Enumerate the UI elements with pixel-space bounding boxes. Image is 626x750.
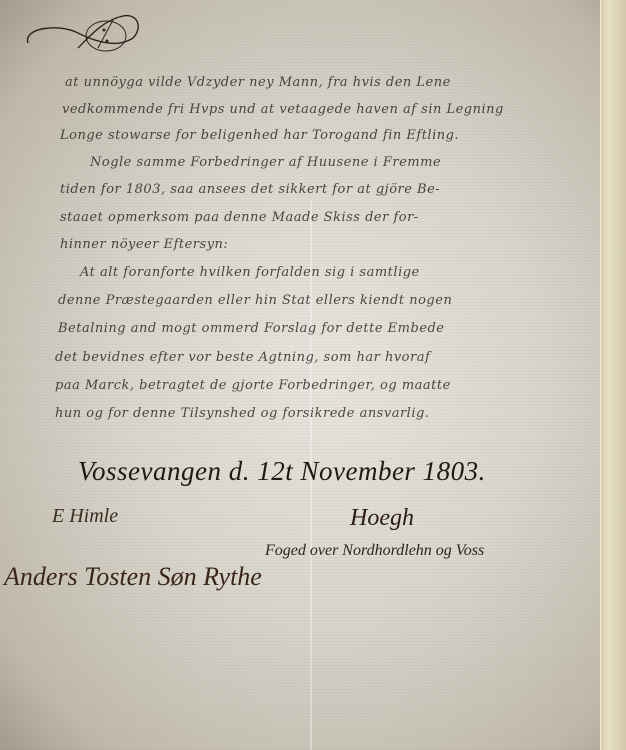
signature-anders: Anders Tosten Søn Rythe [4,562,262,592]
letter-page: at unnöyga vilde Vdzyder ney Mann, fra h… [0,0,600,750]
body-line: hun og for denne Tilsynshed og forsikred… [55,406,429,421]
body-line: hinner nöyeer Eftersyn: [60,237,228,252]
body-line: denne Præstegaarden eller hin Stat eller… [58,293,452,308]
body-line: At alt foranforte hvilken forfalden sig … [80,265,420,280]
ornamental-flourish-icon [18,8,148,58]
body-line: at unnöyga vilde Vdzyder ney Mann, fra h… [65,75,451,90]
paper-fold [310,200,312,750]
body-line: Longe stowarse for beligenhed har Toroga… [60,128,459,143]
body-line: paa Marck, betragtet de gjorte Forbedrin… [55,378,451,393]
official-title: Foged over Nordhordlehn og Voss [265,542,484,560]
body-line: det bevidnes efter vor beste Agtning, so… [55,350,430,365]
dateline: Vossevangen d. 12t November 1803. [78,456,486,487]
signature-hoegh: Hoegh [350,505,414,532]
body-line: staaet opmerksom paa denne Maade Skiss d… [60,210,419,225]
body-line: Betalning and mogt ommerd Forslag for de… [58,321,445,336]
page-edge [600,0,626,750]
body-line: tiden for 1803, saa ansees det sikkert f… [60,182,440,197]
signature-himle: E Himle [52,505,118,528]
body-line: vedkommende fri Hvps und at vetaagede ha… [62,102,504,117]
body-line: Nogle samme Forbedringer af Huusene i Fr… [90,155,441,170]
